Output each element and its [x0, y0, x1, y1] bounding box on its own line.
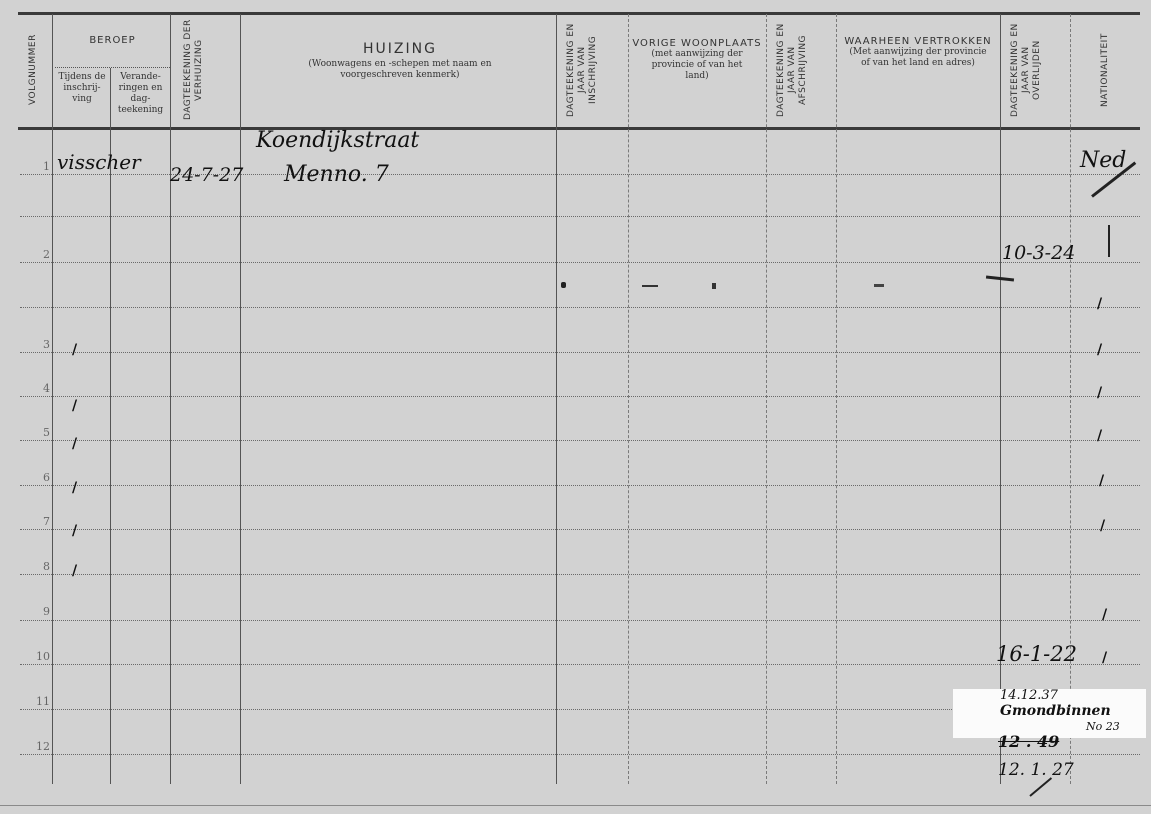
ditto-mark: /	[72, 480, 77, 496]
row-line	[20, 352, 1140, 353]
row-line	[20, 216, 1140, 217]
entry-row2-overlijden: 10-3-24	[1002, 242, 1075, 264]
header-vorige-sub: (met aanwijzing der provincie of van het…	[632, 49, 762, 82]
strike-mark	[1108, 225, 1110, 257]
entry-row12-overlijden: 12. 1. 27	[998, 760, 1074, 780]
row-number: 4	[28, 382, 50, 395]
entry-row1-huizing-line2: Menno. 7	[284, 162, 389, 187]
row-number: 9	[28, 605, 50, 618]
header-nationaliteit: NATIONALITEIT	[1100, 18, 1114, 122]
bottom-edge	[0, 805, 1151, 806]
strike-mark	[1029, 777, 1052, 797]
ditto-mark: /	[1099, 473, 1104, 489]
header-inschrijving: DAGTEEKENING EN JAAR VAN INSCHRIJVING	[566, 18, 618, 122]
row-number: 6	[28, 471, 50, 484]
header-beroep-veranderingen: Verande-ringen en dag-teekening	[112, 72, 169, 116]
note-text: Gmondbinnen	[1000, 703, 1111, 719]
entry-row1-date: 24-7-27	[170, 164, 243, 186]
col-line	[836, 14, 837, 784]
row-number: 12	[28, 740, 50, 753]
header-vorige-woonplaats: VORIGE WOONPLAATS	[632, 38, 762, 49]
entry-row1-huizing-line1: Koendijkstraat	[256, 128, 419, 153]
note-number: No 23	[1086, 720, 1120, 733]
row-line	[20, 574, 1140, 575]
header-huizing-sub: (Woonwagens en -schepen met naam en voor…	[250, 59, 550, 81]
row-number: 7	[28, 515, 50, 528]
ink-speck	[874, 284, 884, 287]
note-date: 14.12.37	[1000, 688, 1058, 703]
col-line	[240, 14, 241, 784]
row-line	[20, 754, 1140, 755]
row-line	[20, 485, 1140, 486]
col-line	[628, 14, 629, 784]
ditto-mark: /	[72, 523, 77, 539]
header-dagteekening-verhuizing: DAGTEEKENING DER VERHUIZING	[183, 18, 229, 122]
ink-speck	[642, 285, 658, 287]
ditto-mark: /	[1097, 342, 1102, 358]
ink-speck	[712, 283, 716, 289]
row-line	[20, 262, 1140, 263]
ditto-mark: /	[1097, 428, 1102, 444]
row-line	[20, 440, 1140, 441]
top-rule	[18, 12, 1140, 15]
ink-speck	[561, 282, 566, 288]
row-line	[20, 396, 1140, 397]
col-line	[170, 14, 171, 784]
header-beroep-tijdens: Tijdens de inschrij-ving	[55, 72, 109, 105]
register-sheet: VOLGNUMMER BEROEP Tijdens de inschrij-vi…	[0, 0, 1151, 814]
ditto-mark: /	[72, 436, 77, 452]
col-line	[766, 14, 767, 784]
col-line	[52, 14, 53, 784]
entry-row10-overlijden: 16-1-22	[996, 642, 1077, 666]
header-volgnummer: VOLGNUMMER	[28, 18, 46, 122]
row-number: 5	[28, 426, 50, 439]
col-line	[556, 14, 557, 784]
row-line	[20, 307, 1140, 308]
header-waarheen-sub: (Met aanwijzing der provincie of van het…	[840, 47, 996, 69]
beroep-divider	[55, 67, 170, 68]
ditto-mark: /	[1100, 518, 1105, 534]
header-overlijden: DAGTEEKENING EN JAAR VAN OVERLIJDEN	[1010, 18, 1062, 122]
col-line	[110, 68, 111, 784]
header-bottom-rule	[18, 127, 1140, 130]
header-waarheen: WAARHEEN VERTROKKEN	[840, 36, 996, 47]
row-number: 11	[28, 695, 50, 708]
entry-row12-struck: 12 . 49	[998, 732, 1059, 751]
ditto-mark: /	[72, 342, 77, 358]
row-number: 1	[28, 160, 50, 173]
header-beroep: BEROEP	[89, 35, 135, 46]
ditto-mark: /	[1102, 650, 1107, 666]
row-number: 8	[28, 560, 50, 573]
ditto-mark: /	[72, 563, 77, 579]
col-line	[1070, 14, 1071, 784]
row-line	[20, 664, 1140, 665]
row-number: 3	[28, 338, 50, 351]
entry-row1-beroep: visscher	[57, 150, 141, 174]
entry-row1-nationaliteit: Ned	[1080, 148, 1126, 173]
header-afschrijving: DAGTEEKENING EN JAAR VAN AFSCHRIJVING	[776, 18, 828, 122]
ditto-mark: /	[1097, 385, 1102, 401]
ditto-mark: /	[72, 398, 77, 414]
header-huizing: HUIZING	[250, 44, 550, 55]
row-number: 10	[28, 650, 50, 663]
ditto-mark: /	[1097, 296, 1102, 312]
row-line	[20, 620, 1140, 621]
row-line	[20, 529, 1140, 530]
col-line	[1000, 14, 1001, 784]
row-number: 2	[28, 248, 50, 261]
ditto-mark: /	[1102, 607, 1107, 623]
